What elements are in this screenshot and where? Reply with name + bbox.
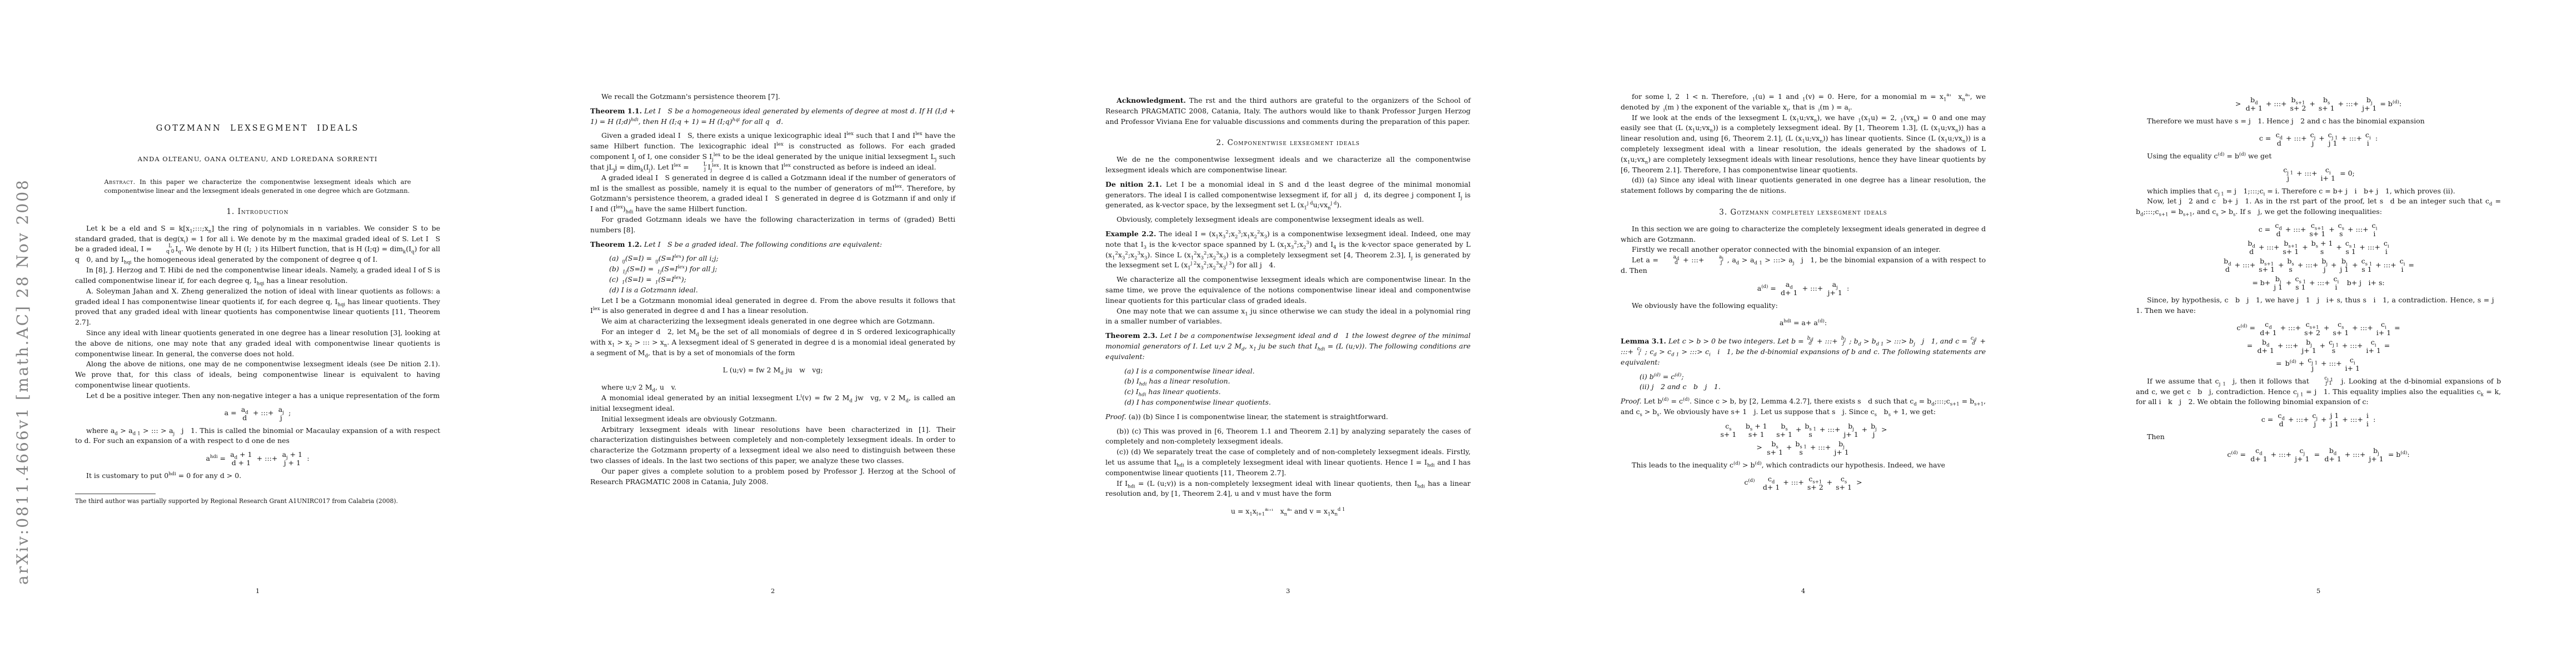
paragraph: A monomial ideal generated by an initial… [590,393,955,414]
text-run: + :::+ [1815,337,1840,345]
text-run: + [2276,260,2286,271]
text-run: + [1784,442,1794,453]
display-equation: cj 1j + :::+ cii+ 1 = 0; [2136,165,2501,183]
text-run: + :::+ [2295,260,2321,271]
page-sheet-3: Acknowledgment. The rst and the third au… [1030,0,1546,667]
list-item: (c) 1(S=I) = 1(S=Ilex); [590,275,955,285]
text-run: Then [2147,432,2165,441]
definition-label: Example 2.2. [1105,230,1156,238]
binomial-coefficient: bs + 1s+ 1 [1746,422,1767,439]
binomial-coefficient: ajj+ 1 [1827,280,1842,297]
page-number: 2 [590,587,955,595]
theorem-body: Let c > b > 0 be two integers. Let b = b… [1621,337,1986,366]
binomial-coefficient: bjj+ 1 [2369,446,2383,463]
equation-line: c(d) cdd+ 1 + :::+ cs+1s+ 2 + css+ 1 > [1621,474,1986,492]
text-run: + [2321,323,2331,333]
binomial-coefficient: cdd [2278,411,2284,428]
footnote-rule [75,494,156,494]
binomial-coefficient: bs + 1s [2311,239,2333,256]
binomial-coefficient: ad + 1d + 1 [230,450,252,467]
theorem-label: Theorem 2.3. [1105,331,1158,340]
proof-paragraph: Proof. Let b(d) = c(d). Since c > b, by … [1621,396,1986,417]
paragraph: If we look at the ends of the lexsegment… [1621,113,1986,176]
text-run: Let I be a componentwise lexsegment idea… [1105,331,1471,361]
text-run: Let c > b > 0 be two integers. Let b = [1666,337,1806,345]
paragraph: We aim at characterizing the lexsegment … [590,316,955,327]
text-run: ; bd > bd 1 > :::> bj j 1, and c = [1847,337,1970,345]
binomial-coefficient: bdd+ 1 [2246,96,2263,112]
text-run: > [2235,99,2245,109]
binomial-coefficient: cj 1j [2283,166,2293,182]
text-run: c = [2259,225,2274,235]
text-run: + :::+ [1680,256,1707,264]
binomial-coefficient: cj 1j [2308,356,2318,372]
paragraph: (c)) (d) We separately treat the case of… [1105,447,1471,478]
text-run: + [2284,278,2294,288]
text-run: + [1860,425,1870,435]
text-run: + [2316,133,2326,144]
paragraph: Our paper gives a complete solution to a… [590,466,955,487]
display-equation: > bdd+ 1 + :::+ bs+1s+ 2 + bss+ 1 + :::+… [2136,95,2501,113]
text-run: We recall the Gotzmann's persistence the… [601,92,780,101]
paragraph: Let a = add + :::+ ajj , ad > ad 1 > :::… [1621,255,1986,276]
paragraph: Let d be a positive integer. Then any no… [75,391,440,401]
text-run: = [2310,450,2323,460]
equation-line: c(d) = cdd+ 1 + :::+ cjj+ 1 = bdd+ 1 + :… [2136,446,2501,464]
binomial-coefficient: Lq 0 [155,244,174,255]
text-run: = 0; [2336,168,2355,179]
text-run: c = [2261,415,2277,425]
binomial-coefficient: bs 1s [1795,440,1807,456]
text-run: + [2329,260,2339,271]
paragraph: Firstly we recall another operator conne… [1621,245,1986,255]
binomial-coefficient: cii [2384,239,2389,256]
text-run: + :::+ [2345,225,2371,235]
text-run: for some l, 2 l < n. Therefore, 1(u) = 1… [1621,92,1986,111]
paragraph: which implies that cj 1 = j 1;:::;ci = i… [2136,186,2501,197]
binomial-coefficient: bss+ 1 [2319,96,2335,112]
binomial-coefficient: cjj+ 1 [2295,446,2309,463]
equation-line: bdd + :::+ bs+1s+ 1 + bss + :::+ bjj + b… [2136,256,2501,274]
text-run: c(d) = [2236,323,2259,333]
binomial-coefficient: bs+1s+ 1 [2283,239,2299,256]
text-run: + [2319,415,2329,425]
binomial-coefficient: cii+ 1 [2366,338,2380,355]
binomial-coefficient: cdd+ 1 [2260,320,2276,337]
text-run: = b(d): [2378,99,2401,109]
text-run: + [2300,242,2310,253]
binomial-coefficient: cdd [2275,221,2281,238]
list-item: (i) b(d) = c(d); [1621,372,1986,382]
text-run: a(d) = [1757,283,1780,294]
footnote: The third author was partially supported… [75,494,440,505]
paragraph: For an integer d 2, let Md be the set of… [590,327,955,358]
theorem-body: Let I be a componentwise lexsegment idea… [1105,331,1471,361]
text-run: = [2392,323,2400,333]
abstract-label: Abstract. [104,178,136,186]
page-5-content: > bdd+ 1 + :::+ bs+1s+ 2 + bss+ 1 + :::+… [2136,92,2501,467]
equation-line: a = add + :::+ ajj ; [75,405,440,422]
page-1-content: GOTZMANN LEXSEGMENT IDEALSANDA OLTEANU, … [75,0,440,505]
text-run: + :::+ [1808,442,1833,453]
binomial-coefficient: bdd+ 1 [2324,446,2341,463]
binomial-coefficient: cii+ 1 [2345,356,2360,372]
text-run: + :::+ [2283,225,2309,235]
page-sheet-1: arXiv:0811.4666v1 [math.AC] 28 Nov 2008 … [0,0,515,667]
text-run: + [1793,425,1803,435]
list-item: (ii) j 2 and c b j 1. [1621,382,1986,392]
binomial-coefficient: cii [2334,275,2339,291]
binomial-coefficient: cii+ 1 [2376,320,2391,337]
text-run: Let I S be a homogeneous ideal generated… [590,107,955,126]
paragraph: Arbitrary lexsegment ideals with linear … [590,425,955,466]
binomial-coefficient: j 1j 1 [2330,411,2339,428]
definition-block: Acknowledgment. The rst and the third au… [1105,96,1471,127]
binomial-coefficient: cj 1j 1 [2313,376,2333,387]
binomial-coefficient: css [2338,221,2344,238]
text-run: Let d be a positive integer. Then any no… [86,391,440,400]
text-run: Our paper gives a complete solution to a… [590,467,955,486]
binomial-coefficient: cdd [1971,336,1977,347]
theorem-label: Theorem 1.2. [590,240,642,248]
text-run: : [303,454,309,464]
binomial-coefficient: cii [2365,131,2371,147]
list-item: (b) Ihdi has a linear resolution. [1105,376,1471,387]
text-run: + :::+ [2336,99,2361,109]
text-run: where u;v 2 Md, u v. [601,383,676,391]
text-run: ; [285,408,291,419]
equation-line: u = x1xl+1aₗ₊₁ xnaₙ and v = x1xnd 1 [1105,502,1471,520]
paragraph: A. Soleyman Jahan and X. Zheng generaliz… [75,286,440,328]
text-run: Since any ideal with linear quotients ge… [75,328,440,358]
text-run: Ijlex. It is known that Ilex constructed… [708,163,936,171]
equation-line: = bdd+ 1 + :::+ bjj+ 1 + cj 1s + :::+ ci… [2136,337,2501,355]
equation-line: ahdi = a+ a(d): [1621,315,1986,332]
binomial-coefficient: ii [2366,411,2369,428]
text-run: where ad > ad 1 > ::: > aj j 1. This is … [75,426,440,445]
text-run: Therefore we must have s = j 1. Hence j … [2147,117,2425,125]
theorem-block: Theorem 1.1. Let I S be a homogeneous id… [590,106,955,127]
binomial-coefficient: bjj 1 [2340,257,2349,273]
page-sheet-5: > bdd+ 1 + :::+ bs+1s+ 2 + bss+ 1 + :::+… [2061,0,2576,667]
text-run: We characterize all the componentwise le… [1105,275,1471,305]
binomial-coefficient: add [241,405,248,422]
list-item: (d) I is a Gotzmann ideal. [590,285,955,296]
binomial-coefficient: bs+1s+ 1 [2259,257,2275,273]
text-run: (c) 1(S=I) = 1(S=Ilex); [609,275,686,283]
page-sheet-4: for some l, 2 l < n. Therefore, 1(u) = 1… [1546,0,2061,667]
equation-line: c = cdd + :::+ cs+1s+ 1 + css + :::+ cii [2136,221,2501,238]
page-sheet-2: We recall the Gotzmann's persistence the… [515,0,1030,667]
text-run: For graded Gotzmann ideals we have the f… [590,215,955,234]
text-run: (d) I is a Gotzmann ideal. [609,286,698,294]
text-run: + [2318,341,2328,351]
text-run: 1. Introduction [226,207,288,216]
text-run [1737,425,1745,435]
text-run: + :::+ [2286,415,2311,425]
text-run: This leads to the inequality c(d) > b(d)… [1632,461,1945,469]
proof-paragraph: Proof. (a)) (b) Since I is componentwise… [1105,412,1471,422]
text-run: + [1825,477,1835,488]
text-run: In [8], J. Herzog and T. Hibi de ned the… [75,266,440,285]
footnote-text: The third author was partially supported… [75,497,398,505]
text-run: + :::+ [2294,168,2320,179]
text-run: + :::+ [2373,260,2399,271]
equation-line: cj 1j + :::+ cii+ 1 = 0; [2136,165,2501,183]
text-run: which implies that cj 1 = j 1;:::;ci = i… [2147,187,2455,195]
text-run: (b) 1j(S=I) = 1j(S=Ilex) for all j; [609,265,717,273]
binomial-coefficient: bjj 1 [2274,275,2283,291]
binomial-coefficient: bjj+ 1 [2362,96,2376,112]
binomial-coefficient: bss+ 1 [1767,440,1783,456]
paragraph: We obviously have the following equality… [1621,301,1986,311]
binomial-coefficient: cs+1s+ 2 [1807,475,1823,491]
text-run: (d)) (a) Since any ideal with linear quo… [1621,176,1986,195]
text-run: ANDA OLTEANU, OANA OLTEANU, AND LOREDANA… [138,155,378,163]
text-run: + :::+ [2256,242,2282,253]
display-equation: c = cdd + :::+ cjj + j 1j 1 + :::+ ii : [2136,411,2501,429]
binomial-coefficient: cjj [2310,131,2316,147]
binomial-coefficient: bdd [1807,336,1813,347]
text-run: GOTZMANN LEXSEGMENT IDEALS [156,124,360,133]
text-run: 2. Componentwise lexsegment ideals [1216,138,1360,147]
text-run: + :::+ [2343,450,2368,460]
display-equation: c(d) = cdd+ 1 + :::+ cs+1s+ 2 + css+ 1 +… [2136,320,2501,373]
paragraph: We characterize all the componentwise le… [1105,275,1471,306]
text-run: Let b(d) = c(d). Since c > b, by [2, Lem… [1621,397,1986,416]
text-run: Let I be a Gotzmann monomial ideal gener… [590,296,955,315]
theorem-body: Let I S be a graded ideal. The following… [642,240,882,248]
equation-line: > bdd+ 1 + :::+ bs+1s+ 2 + bss+ 1 + :::+… [2136,95,2501,113]
binomial-coefficient: cs 1s 1 [2295,275,2306,291]
text-run: One may note that we can assume x1 ju si… [1105,307,1471,326]
paragraph: Since, by hypothesis, c b j 1, we have j… [2136,295,2501,316]
display-equation: css+ 1 bs + 1s+ 1 bss+ 1 + bs 1s + :::+ … [1621,421,1986,457]
text-run: Since, by hypothesis, c b j 1, we have j… [2136,296,2501,315]
text-run: (c)) (d) We separately treat the case of… [1105,447,1471,477]
text-run: (a) ij(S=I) = ij(S=Ilex) for all i;j; [609,254,719,262]
display-equation: a = add + :::+ ajj ; [75,405,440,422]
binomial-coefficient: bdd+ 1 [2257,338,2274,355]
text-run: Initial lexsegment ideals are obviously … [601,415,777,423]
paragraph: This leads to the inequality c(d) > b(d)… [1621,460,1986,471]
text-run: Let a = [1632,256,1661,264]
binomial-coefficient: bs 1s [1805,422,1816,439]
paragraph: Therefore we must have s = j 1. Hence j … [2136,116,2501,127]
text-run: + [2326,225,2336,235]
binomial-coefficient: bjj [1871,422,1877,439]
equation-line: ahdi = ad + 1d + 1 + :::+ aj + 1j + 1 : [75,450,440,467]
text-run: We aim at characterizing the lexsegment … [601,317,935,325]
text-run: (a)) (b) Since I is componentwise linear… [1127,412,1388,421]
text-run: + :::+ [2278,323,2304,333]
text-run: (b) Ihdi has a linear resolution. [1124,377,1230,385]
section-heading: 3. Gotzmann completely lexsegment ideals [1621,207,1986,218]
text-run: Along the above de nitions, one may de n… [75,360,440,389]
binomial-coefficient: cii [2400,257,2405,273]
equation-line: bdd + :::+ bs+1s+ 1 + bs + 1s + cs 1s 1 … [2136,238,2501,256]
binomial-coefficient: Lj [692,162,707,173]
binomial-coefficient: aj + 1j + 1 [282,450,302,467]
page-number: 1 [75,587,440,595]
text-run: > [1878,425,1887,435]
binomial-coefficient: ajj [1708,255,1723,266]
text-run: ahdi = a+ a(d): [1780,318,1827,328]
text-run: + :::+ [2340,341,2365,351]
binomial-coefficient: cdd+ 1 [2250,446,2267,463]
paper-title: GOTZMANN LEXSEGMENT IDEALS [75,123,440,134]
text-run: + [2307,99,2317,109]
text-run: If we assume that cj 1 j, then it follow… [2147,377,2312,385]
text-run: + :::+ [2264,99,2289,109]
paragraph: Then [2136,432,2501,442]
theorem-label: Lemma 3.1. [1621,337,1666,345]
text-run: (b)) (c) This was proved in [6, Theorem … [1105,427,1471,446]
paragraph: Given a graded ideal I S, there exists a… [590,131,955,172]
paragraph: For graded Gotzmann ideals we have the f… [590,215,955,236]
binomial-coefficient: bjj [1841,336,1846,347]
proof-label: Proof. [1621,397,1642,405]
text-run: ahdi = [206,454,229,464]
theorem-block: Lemma 3.1. Let c > b > 0 be two integers… [1621,336,1986,368]
abstract-text: Abstract. In this paper we characterize … [104,178,411,196]
display-equation: c = cdd + :::+ cjj + cj 1j 1 + :::+ cii … [2136,130,2501,148]
text-run: + :::+ [2269,450,2294,460]
text-run: c(d) [1744,477,1762,488]
definition-block: De nition 2.1. Let I be a monomial ideal… [1105,180,1471,211]
text-run: > [1756,442,1766,453]
binomial-coefficient: cs 1s 1 [2345,239,2356,256]
text-run: + :::+ [253,454,281,464]
text-run: + :::+ [2357,242,2383,253]
text-run: If we look at the ends of the lexsegment… [1621,113,1986,174]
text-run: A monomial ideal generated by an initial… [590,394,955,412]
equation-line: css+ 1 bs + 1s+ 1 bss+ 1 + bs 1s + :::+ … [1621,421,1986,439]
display-equation: c = cdd + :::+ cs+1s+ 1 + css + :::+ cii… [2136,221,2501,292]
paragraph: If we assume that cj 1 j, then it follow… [2136,376,2501,408]
binomial-coefficient: bs+1s+ 2 [2290,96,2306,112]
page-number: 4 [1621,587,1986,595]
theorem-block: Theorem 2.3. Let I be a componentwise le… [1105,331,1471,362]
paragraph: A graded ideal I S generated in degree d… [590,173,955,215]
paragraph: Let k be a eld and S = k[x1;:::;xn] the … [75,223,440,265]
equation-line: c(d) = cdd+ 1 + :::+ cs+1s+ 2 + css+ 1 +… [2136,320,2501,337]
text-run: If Ihdi = (L (u;v)) is a non-completely … [1105,479,1471,498]
text-run: + :::+ [2284,133,2309,144]
binomial-coefficient: cjj [2312,411,2318,428]
binomial-coefficient: cdd+ 1 [1763,475,1780,491]
paragraph: where ad > ad 1 > ::: > aj j 1. This is … [75,426,440,447]
text-run: Now, let j 2 and c b+ j 1. As in the rst… [2136,197,2501,216]
text-run: + :::+ [2339,133,2364,144]
display-equation: u = x1xl+1aₗ₊₁ xnaₙ and v = x1xnd 1 [1105,502,1471,520]
list-item: (b) 1j(S=I) = 1j(S=Ilex) for all j; [590,264,955,275]
binomial-coefficient: cii [2372,221,2378,238]
binomial-coefficient: cs 1s 1 [2361,257,2373,273]
paragraph: Along the above de nitions, one may de n… [75,359,440,390]
binomial-coefficient: bjj [2321,257,2328,273]
equation-line: = b+ bjj 1 + cs 1s 1 + :::+ cii b+ j i+ … [2136,274,2501,292]
paragraph: We recall the Gotzmann's persistence the… [590,92,955,102]
binomial-coefficient: cj 1j 1 [2328,131,2338,147]
section-heading: 2. Componentwise lexsegment ideals [1105,138,1471,148]
binomial-coefficient: bdd [2248,239,2255,256]
theorem-block: Theorem 1.2. Let I S be a graded ideal. … [590,240,955,250]
binomial-coefficient: add+ 1 [1781,280,1797,297]
definition-label: De nition 2.1. [1105,180,1162,188]
text-run: = b(d) + [2276,359,2306,369]
text-run: + :::+ [2307,278,2333,288]
text-run: + :::+ [2233,260,2258,271]
text-run: For an integer d 2, let Md be the set of… [590,327,955,357]
binomial-coefficient: bss+ 1 [1776,422,1792,439]
text-run [1768,425,1776,435]
list-item: (a) I is a componentwise linear ideal. [1105,366,1471,377]
text-run: Arbitrary lexsegment ideals with linear … [590,425,955,465]
text-run: ; cd > cd 1 > :::> ci i 1, be the d-bino… [1621,347,1986,366]
text-run: Firstly we recall another operator conne… [1632,245,1941,253]
text-run: > [1853,477,1862,488]
equation-line: c = cdd + :::+ cjj + cj 1j 1 + :::+ cii … [2136,130,2501,148]
text-run: 3. Gotzmann completely lexsegment ideals [1719,208,1887,217]
paragraph: In [8], J. Herzog and T. Hibi de ned the… [75,265,440,286]
text-run: (c) Ihdi has linear quotients. [1124,387,1220,396]
page-number: 5 [2136,587,2501,595]
binomial-coefficient: bjj+ 1 [1834,440,1848,456]
text-run: A graded ideal I S generated in degree d… [590,173,955,213]
definition-block: Example 2.2. The ideal I = (x1x32;x23;x1… [1105,229,1471,271]
list-item: (d) I has componentwise linear quotients… [1105,397,1471,408]
text-run: A. Soleyman Jahan and X. Zheng generaliz… [75,287,440,326]
proof-label: Proof. [1105,412,1127,421]
binomial-coefficient: css+ 1 [1721,422,1737,439]
equation-line: c = cdd + :::+ cjj + j 1j 1 + :::+ ii : [2136,411,2501,429]
paragraph: Now, let j 2 and c b+ j 1. As in the rst… [2136,196,2501,217]
paragraph: Initial lexsegment ideals are obviously … [590,414,955,425]
paragraph: One may note that we can assume x1 ju si… [1105,306,1471,327]
text-run: The ideal I = (x1x32;x23;x1x22x3) is a c… [1105,230,1471,269]
theorem-label: Theorem 1.1. [590,107,642,115]
binomial-coefficient: bdd [2224,257,2231,273]
display-equation: ahdi = ad + 1d + 1 + :::+ aj + 1j + 1 : [75,450,440,467]
text-run: Obviously, completely lexsegment ideals … [1117,215,1424,223]
paragraph: (b)) (c) This was proved in [6, Theorem … [1105,426,1471,447]
binomial-coefficient: bjj+ 1 [1843,422,1858,439]
paragraph: Let I be a Gotzmann monomial ideal gener… [590,296,955,317]
text-run: c(d) = [2227,450,2249,460]
display-equation: c(d) = cdd+ 1 + :::+ cjj+ 1 = bdd+ 1 + :… [2136,446,2501,464]
text-run: + :::+ [2319,359,2344,369]
binomial-coefficient: cii+ 1 [2321,166,2335,182]
binomial-coefficient: cdd [2276,131,2283,147]
text-run: + [2334,242,2344,253]
text-run: : [2372,133,2378,144]
paragraph: Using the equality c(d) = b(d) we get [2136,151,2501,162]
text-run: u = x1xl+1aₗ₊₁ xnaₙ and v = x1xnd 1 [1231,506,1346,517]
text-run: (ii) j 2 and c b j 1. [1640,382,1721,391]
paragraph: If Ihdi = (L (u;v)) is a non-completely … [1105,479,1471,500]
section-heading: 1. Introduction [75,207,440,217]
text-run: = [2247,341,2256,351]
text-run: (a) I is a componentwise linear ideal. [1124,367,1254,375]
binomial-coefficient: add [1662,255,1680,266]
text-run: (i) b(d) = c(d); [1640,372,1684,381]
document-canvas: arXiv:0811.4666v1 [math.AC] 28 Nov 2008 … [0,0,2576,667]
definition-label: Acknowledgment. [1117,96,1186,104]
text-run: In this section we are going to characte… [1621,225,1986,243]
text-run: = [2406,260,2414,271]
binomial-coefficient: bjj+ 1 [2301,338,2316,355]
